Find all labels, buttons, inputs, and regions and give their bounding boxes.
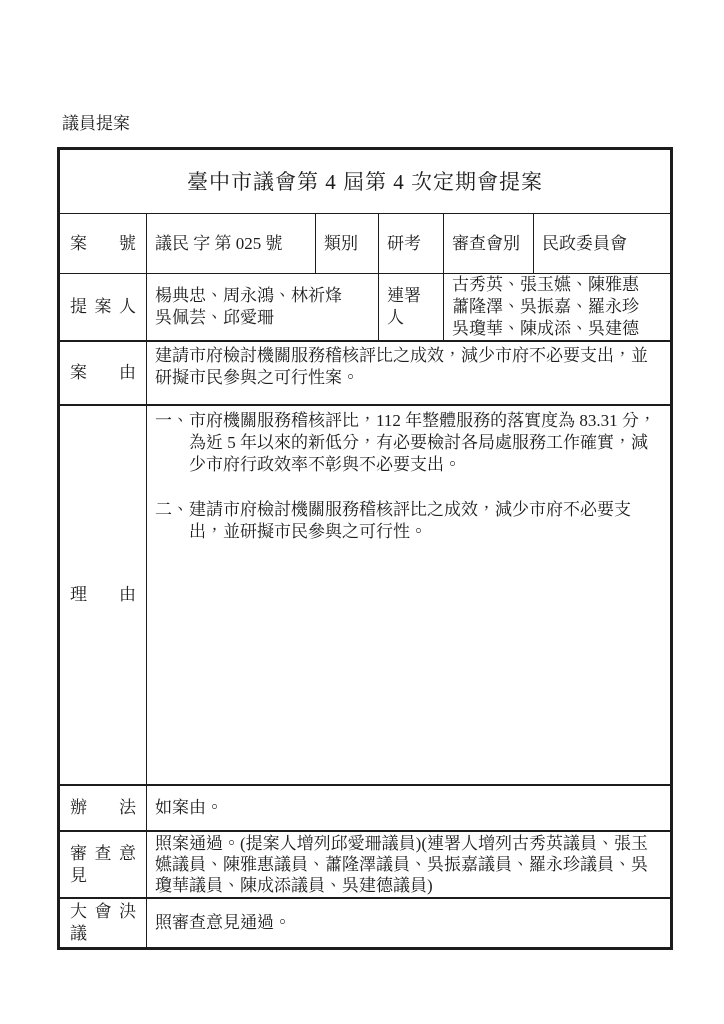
method-label: 辦法 — [59, 785, 147, 831]
cosigners-label: 連署人 — [379, 274, 444, 342]
reason-number: 二、 — [155, 499, 189, 521]
reasons-value: 一、 市府機關服務稽核評比，112 年整體服務的落實度為 83.31 分，為近 … — [147, 405, 672, 785]
subject-label: 案由 — [59, 341, 147, 405]
proposal-table: 臺中市議會第 4 屆第 4 次定期會提案 案號 議民 字 第 025 號 類別 … — [57, 147, 673, 950]
proposers-row: 提案人 楊典忠、周永鴻、林祈烽 吳佩芸、邱愛珊 連署人 古秀英、張玉嬿、陳雅惠 … — [59, 274, 672, 342]
cosigners-value: 古秀英、張玉嬿、陳雅惠 蕭隆澤、吳振嘉、羅永珍 吳瓊華、陳成添、吳建德 — [444, 274, 672, 342]
doc-type-label: 議員提案 — [62, 114, 669, 134]
case-no-row: 案號 議民 字 第 025 號 類別 研考 審查會別 民政委員會 — [59, 214, 672, 274]
method-row: 辦法 如案由。 — [59, 785, 672, 831]
resolution-value: 照審查意見通過。 — [147, 898, 672, 949]
category-value: 研考 — [379, 214, 444, 274]
reasons-row: 理由 一、 市府機關服務稽核評比，112 年整體服務的落實度為 83.31 分，… — [59, 405, 672, 785]
reason-text: 建請市府檢討機關服務稽核評比之成效，減少市府不必要支出，並研擬市民參與之可行性。 — [189, 499, 662, 543]
committee-label: 審查會別 — [444, 214, 534, 274]
review-opinion-row: 審查意見 照案通過。(提案人增列邱愛珊議員)(連署人增列古秀英議員、張玉嬿議員、… — [59, 831, 672, 898]
title-row: 臺中市議會第 4 屆第 4 次定期會提案 — [59, 149, 672, 214]
subject-value: 建請市府檢討機關服務稽核評比之成效，減少市府不必要支出，並研擬市民參與之可行性案… — [147, 341, 672, 405]
reason-item: 一、 市府機關服務稽核評比，112 年整體服務的落實度為 83.31 分，為近 … — [155, 410, 662, 476]
review-opinion-value: 照案通過。(提案人增列邱愛珊議員)(連署人增列古秀英議員、張玉嬿議員、陳雅惠議員… — [147, 831, 672, 898]
reason-text: 市府機關服務稽核評比，112 年整體服務的落實度為 83.31 分，為近 5 年… — [189, 410, 662, 476]
reason-item: 二、 建請市府檢討機關服務稽核評比之成效，減少市府不必要支出，並研擬市民參與之可… — [155, 499, 662, 543]
resolution-row: 大會決議 照審查意見通過。 — [59, 898, 672, 949]
review-opinion-label: 審查意見 — [59, 831, 147, 898]
case-no-label: 案號 — [59, 214, 147, 274]
table-title: 臺中市議會第 4 屆第 4 次定期會提案 — [59, 149, 672, 214]
proposers-value: 楊典忠、周永鴻、林祈烽 吳佩芸、邱愛珊 — [147, 274, 379, 342]
case-no-value: 議民 字 第 025 號 — [147, 214, 316, 274]
method-value: 如案由。 — [147, 785, 672, 831]
subject-row: 案由 建請市府檢討機關服務稽核評比之成效，減少市府不必要支出，並研擬市民參與之可… — [59, 341, 672, 405]
proposers-label: 提案人 — [59, 274, 147, 342]
document-page: 議員提案 臺中市議會第 4 屆第 4 次定期會提案 案號 議民 字 第 025 … — [0, 0, 724, 1024]
reason-number: 一、 — [155, 410, 189, 432]
category-label: 類別 — [316, 214, 379, 274]
committee-value: 民政委員會 — [534, 214, 672, 274]
reasons-label: 理由 — [59, 405, 147, 785]
resolution-label: 大會決議 — [59, 898, 147, 949]
